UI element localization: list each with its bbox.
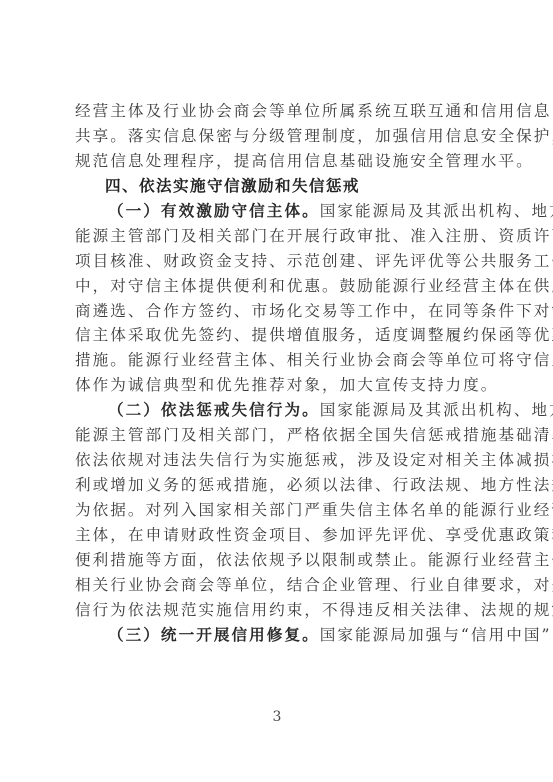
section-1-title: （一）有效激励守信主体。 (108, 201, 320, 220)
text-line: 能源主管部门及相关部门在开展行政审批、准入注册、资质许可、 (75, 224, 487, 249)
text-line: 规范信息处理程序，提高信用信息基础设施安全管理水平。 (75, 149, 487, 174)
text-line: 为依据。对列入国家相关部门严重失信主体名单的能源行业经营 (75, 498, 487, 523)
section-3-title: （三）统一开展信用修复。 (108, 625, 320, 644)
text-line: 依法依规对违法失信行为实施惩戒，涉及设定对相关主体减损权 (75, 448, 487, 473)
section-2-title: （二）依法惩戒失信行为。 (108, 400, 320, 419)
text-line: 项目核准、财政资金支持、示范创建、评先评优等公共服务工作 (75, 249, 487, 274)
section-3-first-line: （三）统一开展信用修复。国家能源局加强与“信用中国” (75, 623, 487, 648)
section-2-first-line: （二）依法惩戒失信行为。国家能源局及其派出机构、地方 (75, 398, 487, 423)
text-line: 体作为诚信典型和优先推荐对象，加大宣传支持力度。 (75, 373, 487, 398)
section-3-first-line-text: 国家能源局加强与“信用中国” (320, 626, 552, 644)
text-line: 共享。落实信息保密与分级管理制度，加强信用信息安全保护， (75, 124, 487, 149)
section-1-first-line-text: 国家能源局及其派出机构、地方 (320, 202, 553, 220)
text-line: 相关行业协会商会等单位，结合企业管理、行业自律要求，对失 (75, 573, 487, 598)
section-heading: 四、依法实施守信激励和失信惩戒 (75, 174, 487, 199)
text-line: 便利措施等方面，依法依规予以限制或禁止。能源行业经营主体、 (75, 548, 487, 573)
text-line: 信主体采取优先签约、提供增值服务，适度调整履约保函等优惠 (75, 323, 487, 348)
text-line: 信行为依法规范实施信用约束，不得违反相关法律、法规的规定。 (75, 598, 487, 623)
document-page: 经营主体及行业协会商会等单位所属系统互联互通和信用信息 共享。落实信息保密与分级… (0, 0, 553, 782)
text-line: 中，对守信主体提供便利和优惠。鼓励能源行业经营主体在供应 (75, 274, 487, 299)
text-line: 利或增加义务的惩戒措施，必须以法律、行政法规、地方性法规 (75, 473, 487, 498)
section-2-first-line-text: 国家能源局及其派出机构、地方 (320, 401, 553, 419)
text-line: 经营主体及行业协会商会等单位所属系统互联互通和信用信息 (75, 99, 487, 124)
page-number: 3 (271, 709, 283, 725)
section-1-first-line: （一）有效激励守信主体。国家能源局及其派出机构、地方 (75, 199, 487, 224)
text-line: 商遴选、合作方签约、市场化交易等工作中，在同等条件下对守 (75, 299, 487, 324)
text-line: 措施。能源行业经营主体、相关行业协会商会等单位可将守信主 (75, 348, 487, 373)
text-line: 主体，在申请财政性资金项目、参加评先评优、享受优惠政策和 (75, 523, 487, 548)
text-line: 能源主管部门及相关部门，严格依据全国失信惩戒措施基础清单， (75, 423, 487, 448)
body-text: 经营主体及行业协会商会等单位所属系统互联互通和信用信息 共享。落实信息保密与分级… (75, 99, 487, 648)
